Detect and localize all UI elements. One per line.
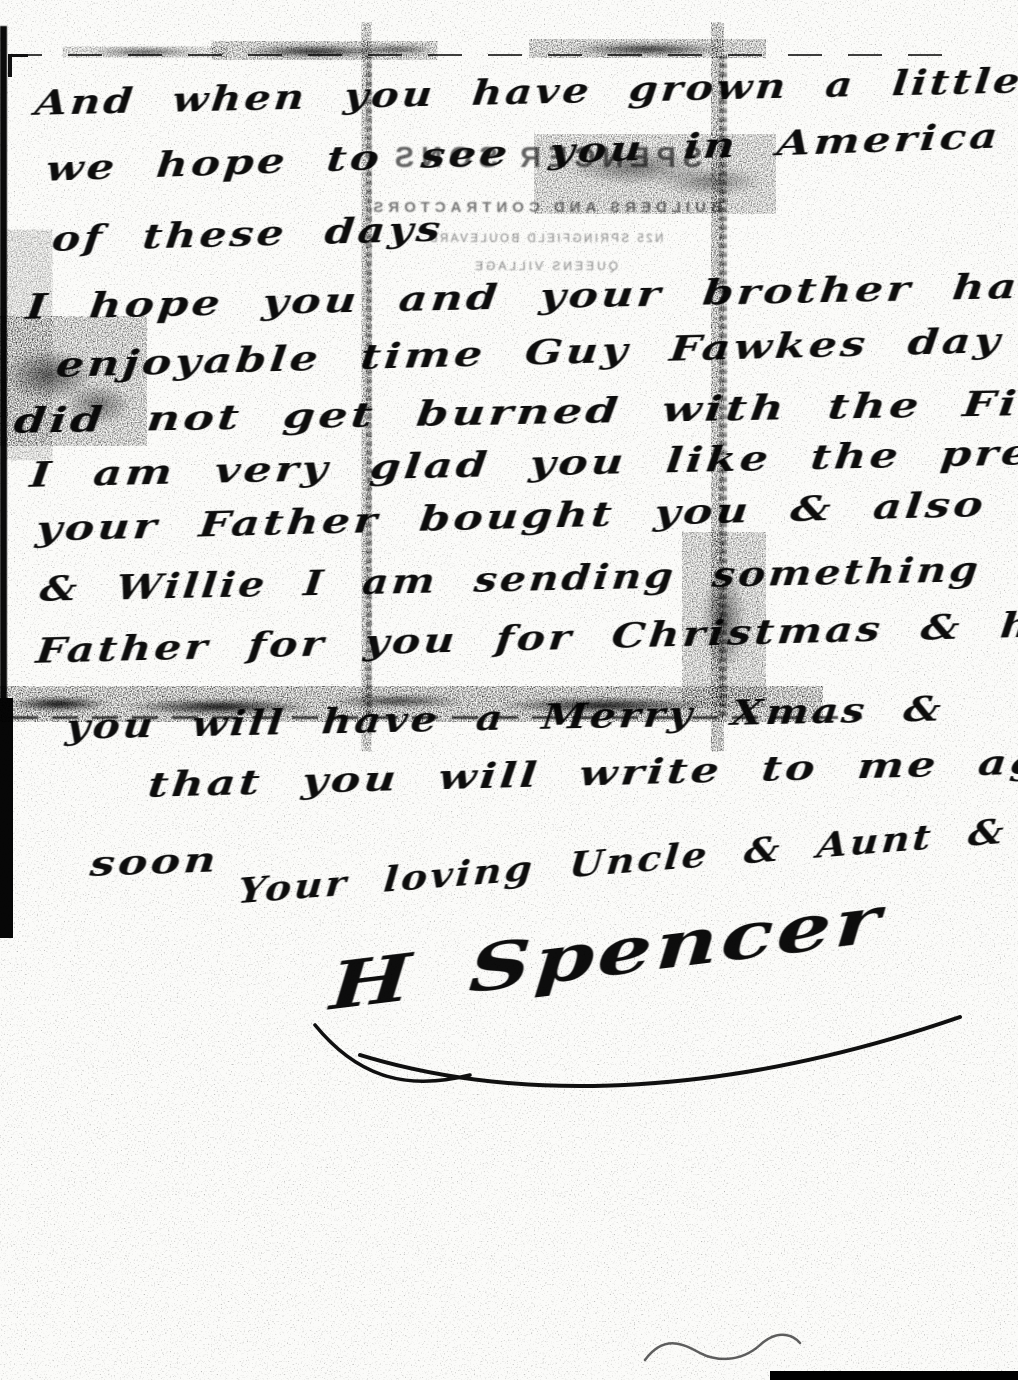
handwriting-line-13: soon [88, 840, 220, 885]
signature-h-spencer: H Spencer [328, 882, 885, 1026]
handwriting-line-6: did not get burned with the Fireworks [12, 380, 1018, 442]
toner-smudge-top-3 [540, 40, 755, 57]
closing-line: Your loving Uncle & Aunt & Bessie [236, 796, 1018, 912]
pencil-squiggle-mark [630, 1315, 810, 1380]
toner-smudge-top-2 [222, 42, 427, 59]
handwriting-line-11: you will have a Merry Xmas & [64, 690, 946, 748]
toner-smudge-top-1 [70, 47, 220, 57]
scanned-letter-page: SPENCER SONS BUILDERS AND CONTRACTORS N2… [0, 0, 1018, 1380]
handwriting-line-12: that you will write to me again [146, 740, 1018, 806]
page-top-left-corner-mark [8, 54, 28, 77]
bottom-right-edge-bar [770, 1371, 1018, 1380]
handwriting-line-5: enjoyable time Guy Fawkes day & [54, 319, 1018, 386]
handwriting-line-4: I hope you and your brother had an [24, 264, 1018, 328]
letterhead-city: QUEENS VILLAGE [295, 259, 795, 273]
handwriting-line-9: & Willie I am sending something to your [38, 545, 1018, 610]
scan-left-edge-bar-upper [0, 26, 7, 702]
handwriting-line-7: I am very glad you like the present [28, 431, 1018, 497]
scan-left-edge-bar-lower [0, 698, 13, 938]
handwriting-line-10: Father for you for Christmas & hoping [34, 602, 1018, 672]
handwriting-line-1: And when you have grown a little older [33, 58, 1018, 124]
page-top-edge-line [8, 54, 960, 56]
